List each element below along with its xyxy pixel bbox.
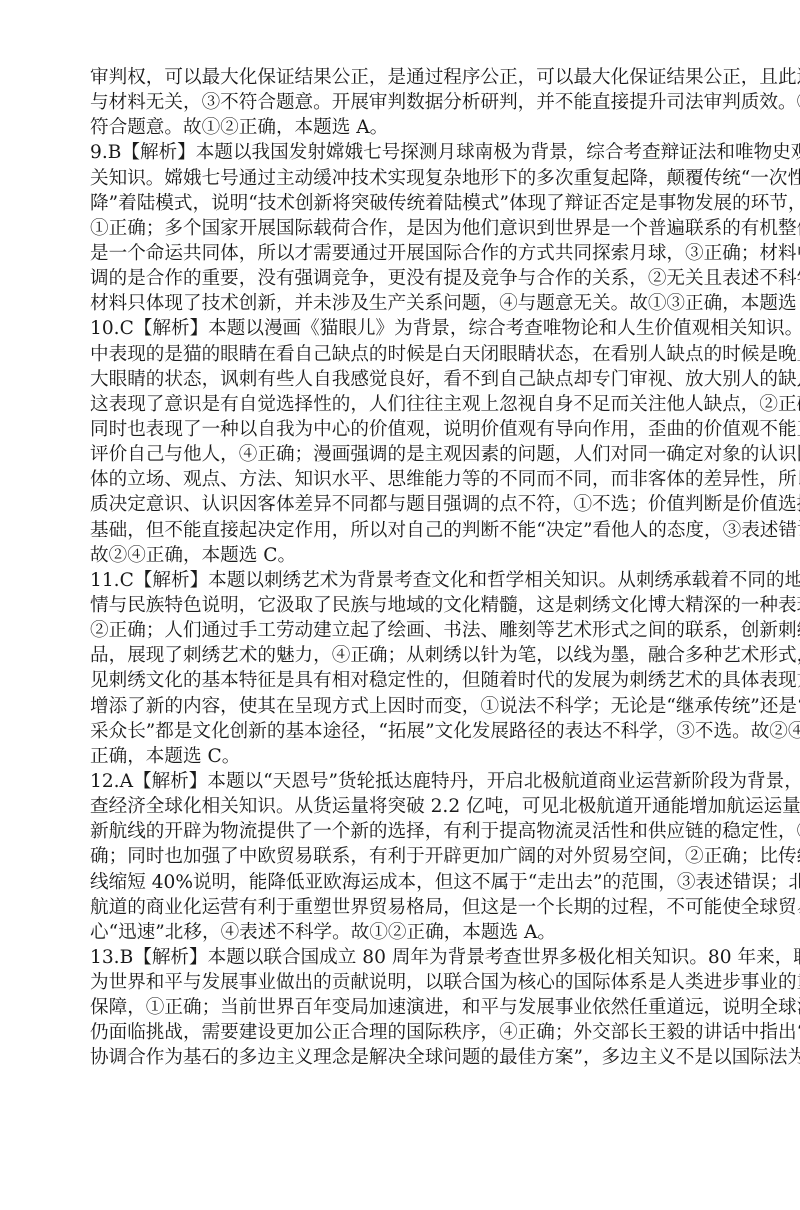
- text-line: 基础，但不能直接起决定作用，所以对自己的判断不能“决定”看他人的态度，③表述错误…: [90, 518, 710, 543]
- text-line: 调的是合作的重要，没有强调竞争，更没有提及竞争与合作的关系，②无关且表述不科学；: [90, 266, 710, 291]
- text-line: 降”着陆模式，说明“技术创新将突破传统着陆模式”体现了辩证否定是事物发展的环节，: [90, 191, 710, 216]
- text-line: 体的立场、观点、方法、知识水平、思维能力等的不同而不同，而非客体的差异性，所以物: [90, 467, 710, 492]
- text-line: 是一个命运共同体，所以才需要通过开展国际合作的方式共同探索月球，③正确；材料中强: [90, 241, 710, 266]
- text-line: 关知识。嫦娥七号通过主动缓冲技术实现复杂地形下的多次重复起降，颠覆传统“一次性起: [90, 166, 710, 191]
- text-line: 航道的商业化运营有利于重塑世界贸易格局，但这是一个长期的过程，不可能使全球贸易重: [90, 895, 710, 920]
- paragraph-q8-continuation: 审判权，可以最大化保证结果公正，是通过程序公正，可以最大化保证结果公正，且此选项…: [90, 65, 710, 140]
- text-line: 符合题意。故①②正确，本题选 A。: [90, 115, 710, 140]
- text-line: 仍面临挑战，需要建设更加公正合理的国际秩序，④正确；外交部长王毅的讲话中指出“以: [90, 1020, 710, 1045]
- question-heading-line: 12.A【解析】本题以“天恩号”货轮抵达鹿特丹，开启北极航道商业运营新阶段为背景…: [90, 769, 710, 794]
- text-line: 大眼睛的状态，讽刺有些人自我感觉良好，看不到自己缺点却专门审视、放大别人的缺点。: [90, 367, 710, 392]
- text-line: 采众长”都是文化创新的基本途径，“拓展”文化发展路径的表达不科学，③不选。故②④: [90, 719, 710, 744]
- answer-explanation-page: 审判权，可以最大化保证结果公正，是通过程序公正，可以最大化保证结果公正，且此选项…: [90, 65, 710, 1071]
- text-line: 与材料无关，③不符合题意。开展审判数据分析研判，并不能直接提升司法审判质效。④不: [90, 90, 710, 115]
- text-line: 心“迅速”北移，④表述不科学。故①②正确，本题选 A。: [90, 920, 710, 945]
- text-line: 确；同时也加强了中欧贸易联系，有利于开辟更加广阔的对外贸易空间，②正确；比传统航: [90, 844, 710, 869]
- question-heading-line: 13.B【解析】本题以联合国成立 80 周年为背景考查世界多极化相关知识。80 …: [90, 945, 710, 970]
- text-line: 评价自己与他人，④正确；漫画强调的是主观因素的问题，人们对同一确定对象的认识因主: [90, 442, 710, 467]
- question-heading-line: 10.C【解析】本题以漫画《猫眼儿》为背景，综合考查唯物论和人生价值观相关知识。…: [90, 316, 710, 341]
- text-line: 同时也表现了一种以自我为中心的价值观，说明价值观有导向作用，歪曲的价值观不能正确: [90, 417, 710, 442]
- paragraph-q10-explanation: 10.C【解析】本题以漫画《猫眼儿》为背景，综合考查唯物论和人生价值观相关知识。…: [90, 316, 710, 567]
- text-line: ①正确；多个国家开展国际载荷合作，是因为他们意识到世界是一个普遍联系的有机整体，: [90, 216, 710, 241]
- text-line: 保障，①正确；当前世界百年变局加速演进，和平与发展事业依然任重道远，说明全球治理: [90, 995, 710, 1020]
- text-line: 增添了新的内容，使其在呈现方式上因时而变，①说法不科学；无论是“继承传统”还是“…: [90, 694, 710, 719]
- text-line: ②正确；人们通过手工劳动建立起了绘画、书法、雕刻等艺术形式之间的联系，创新刺绣作: [90, 618, 710, 643]
- text-line: 见刺绣文化的基本特征是具有相对稳定性的，但随着时代的发展为刺绣艺术的具体表现方式: [90, 668, 710, 693]
- paragraph-q12-explanation: 12.A【解析】本题以“天恩号”货轮抵达鹿特丹，开启北极航道商业运营新阶段为背景…: [90, 769, 710, 945]
- text-line: 协调合作为基石的多边主义理念是解决全球问题的最佳方案”，多边主义不是以国际法为主: [90, 1045, 710, 1070]
- text-line: 品，展现了刺绣艺术的魅力，④正确；从刺绣以针为笔，以线为墨，融合多种艺术形式，可: [90, 643, 710, 668]
- paragraph-q9-explanation: 9.B【解析】本题以我国发射嫦娥七号探测月球南极为背景，综合考查辩证法和唯物史观…: [90, 140, 710, 316]
- text-line: 这表现了意识是有自觉选择性的，人们往往主观上忽视自身不足而关注他人缺点，②正确；: [90, 392, 710, 417]
- text-line: 新航线的开辟为物流提供了一个新的选择，有利于提高物流灵活性和供应链的稳定性，①正: [90, 819, 710, 844]
- text-line: 中表现的是猫的眼睛在看自己缺点的时候是白天闭眼睛状态，在看别人缺点的时候是晚上瞪: [90, 342, 710, 367]
- question-heading-line: 11.C【解析】本题以刺绣艺术为背景考查文化和哲学相关知识。从刺绣承载着不同的地…: [90, 568, 710, 593]
- question-heading-line: 9.B【解析】本题以我国发射嫦娥七号探测月球南极为背景，综合考查辩证法和唯物史观…: [90, 140, 710, 165]
- text-line: 正确，本题选 C。: [90, 744, 710, 769]
- paragraph-q13-explanation: 13.B【解析】本题以联合国成立 80 周年为背景考查世界多极化相关知识。80 …: [90, 945, 710, 1071]
- paragraph-q11-explanation: 11.C【解析】本题以刺绣艺术为背景考查文化和哲学相关知识。从刺绣承载着不同的地…: [90, 568, 710, 769]
- text-line: 为世界和平与发展事业做出的贡献说明，以联合国为核心的国际体系是人类进步事业的重要: [90, 970, 710, 995]
- text-line: 线缩短 40%说明，能降低亚欧海运成本，但这不属于“走出去”的范围，③表述错误；…: [90, 870, 710, 895]
- text-line: 情与民族特色说明，它汲取了民族与地域的文化精髓，这是刺绣文化博大精深的一种表现，: [90, 593, 710, 618]
- text-line: 质决定意识、认识因客体差异不同都与题目强调的点不符，①不选；价值判断是价值选择的: [90, 492, 710, 517]
- text-line: 材料只体现了技术创新，并未涉及生产关系问题，④与题意无关。故①③正确，本题选 B…: [90, 291, 710, 316]
- text-line: 查经济全球化相关知识。从货运量将突破 2.2 亿吨，可见北极航道开通能增加航运运…: [90, 794, 710, 819]
- text-line: 审判权，可以最大化保证结果公正，是通过程序公正，可以最大化保证结果公正，且此选项: [90, 65, 710, 90]
- text-line: 故②④正确，本题选 C。: [90, 543, 710, 568]
